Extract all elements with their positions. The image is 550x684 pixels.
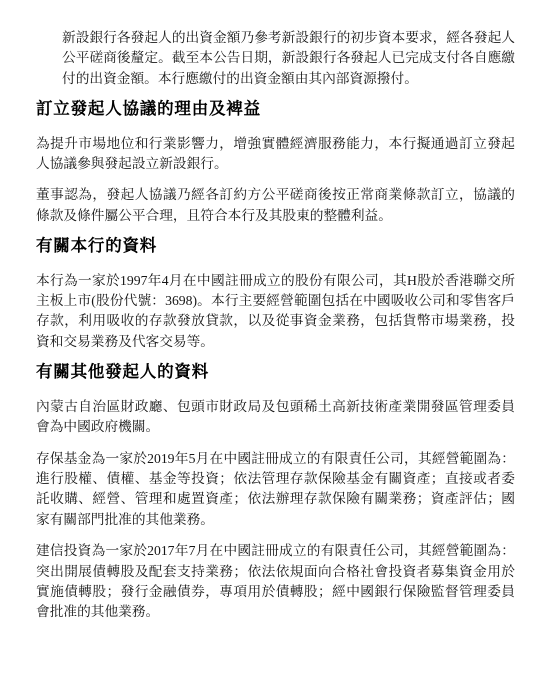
- body-paragraph: 內蒙古自治區財政廳、包頭市財政局及包頭稀土高新技術產業開發區管理委員會為中國政府…: [36, 397, 515, 438]
- section-heading: 訂立發起人協議的理由及裨益: [36, 99, 515, 119]
- body-paragraph: 建信投資為一家於2017年7月在中國註冊成立的有限責任公司，其經營範圍為：突出開…: [36, 541, 515, 623]
- body-paragraph: 存保基金為一家於2019年5月在中國註冊成立的有限責任公司，其經營範圍為：進行股…: [36, 449, 515, 531]
- section-heading: 有關其他發起人的資料: [36, 362, 515, 382]
- body-paragraph: 為提升市場地位和行業影響力，增強實體經濟服務能力，本行擬通過訂立發起人協議參與發…: [36, 134, 515, 175]
- body-paragraph: 董事認為，發起人協議乃經各訂約方公平磋商後按正常商業條款訂立，協議的條款及條件屬…: [36, 185, 515, 226]
- announcement-page: 新設銀行各發起人的出資金額乃參考新設銀行的初步資本要求，經各發起人公平磋商後釐定…: [0, 0, 550, 684]
- body-paragraph: 新設銀行各發起人的出資金額乃參考新設銀行的初步資本要求，經各發起人公平磋商後釐定…: [62, 28, 515, 89]
- document-content: 新設銀行各發起人的出資金額乃參考新設銀行的初步資本要求，經各發起人公平磋商後釐定…: [36, 28, 515, 623]
- body-paragraph: 本行為一家於1997年4月在中國註冊成立的股份有限公司，其H股於香港聯交所主板上…: [36, 271, 515, 353]
- section-heading: 有關本行的資料: [36, 236, 515, 256]
